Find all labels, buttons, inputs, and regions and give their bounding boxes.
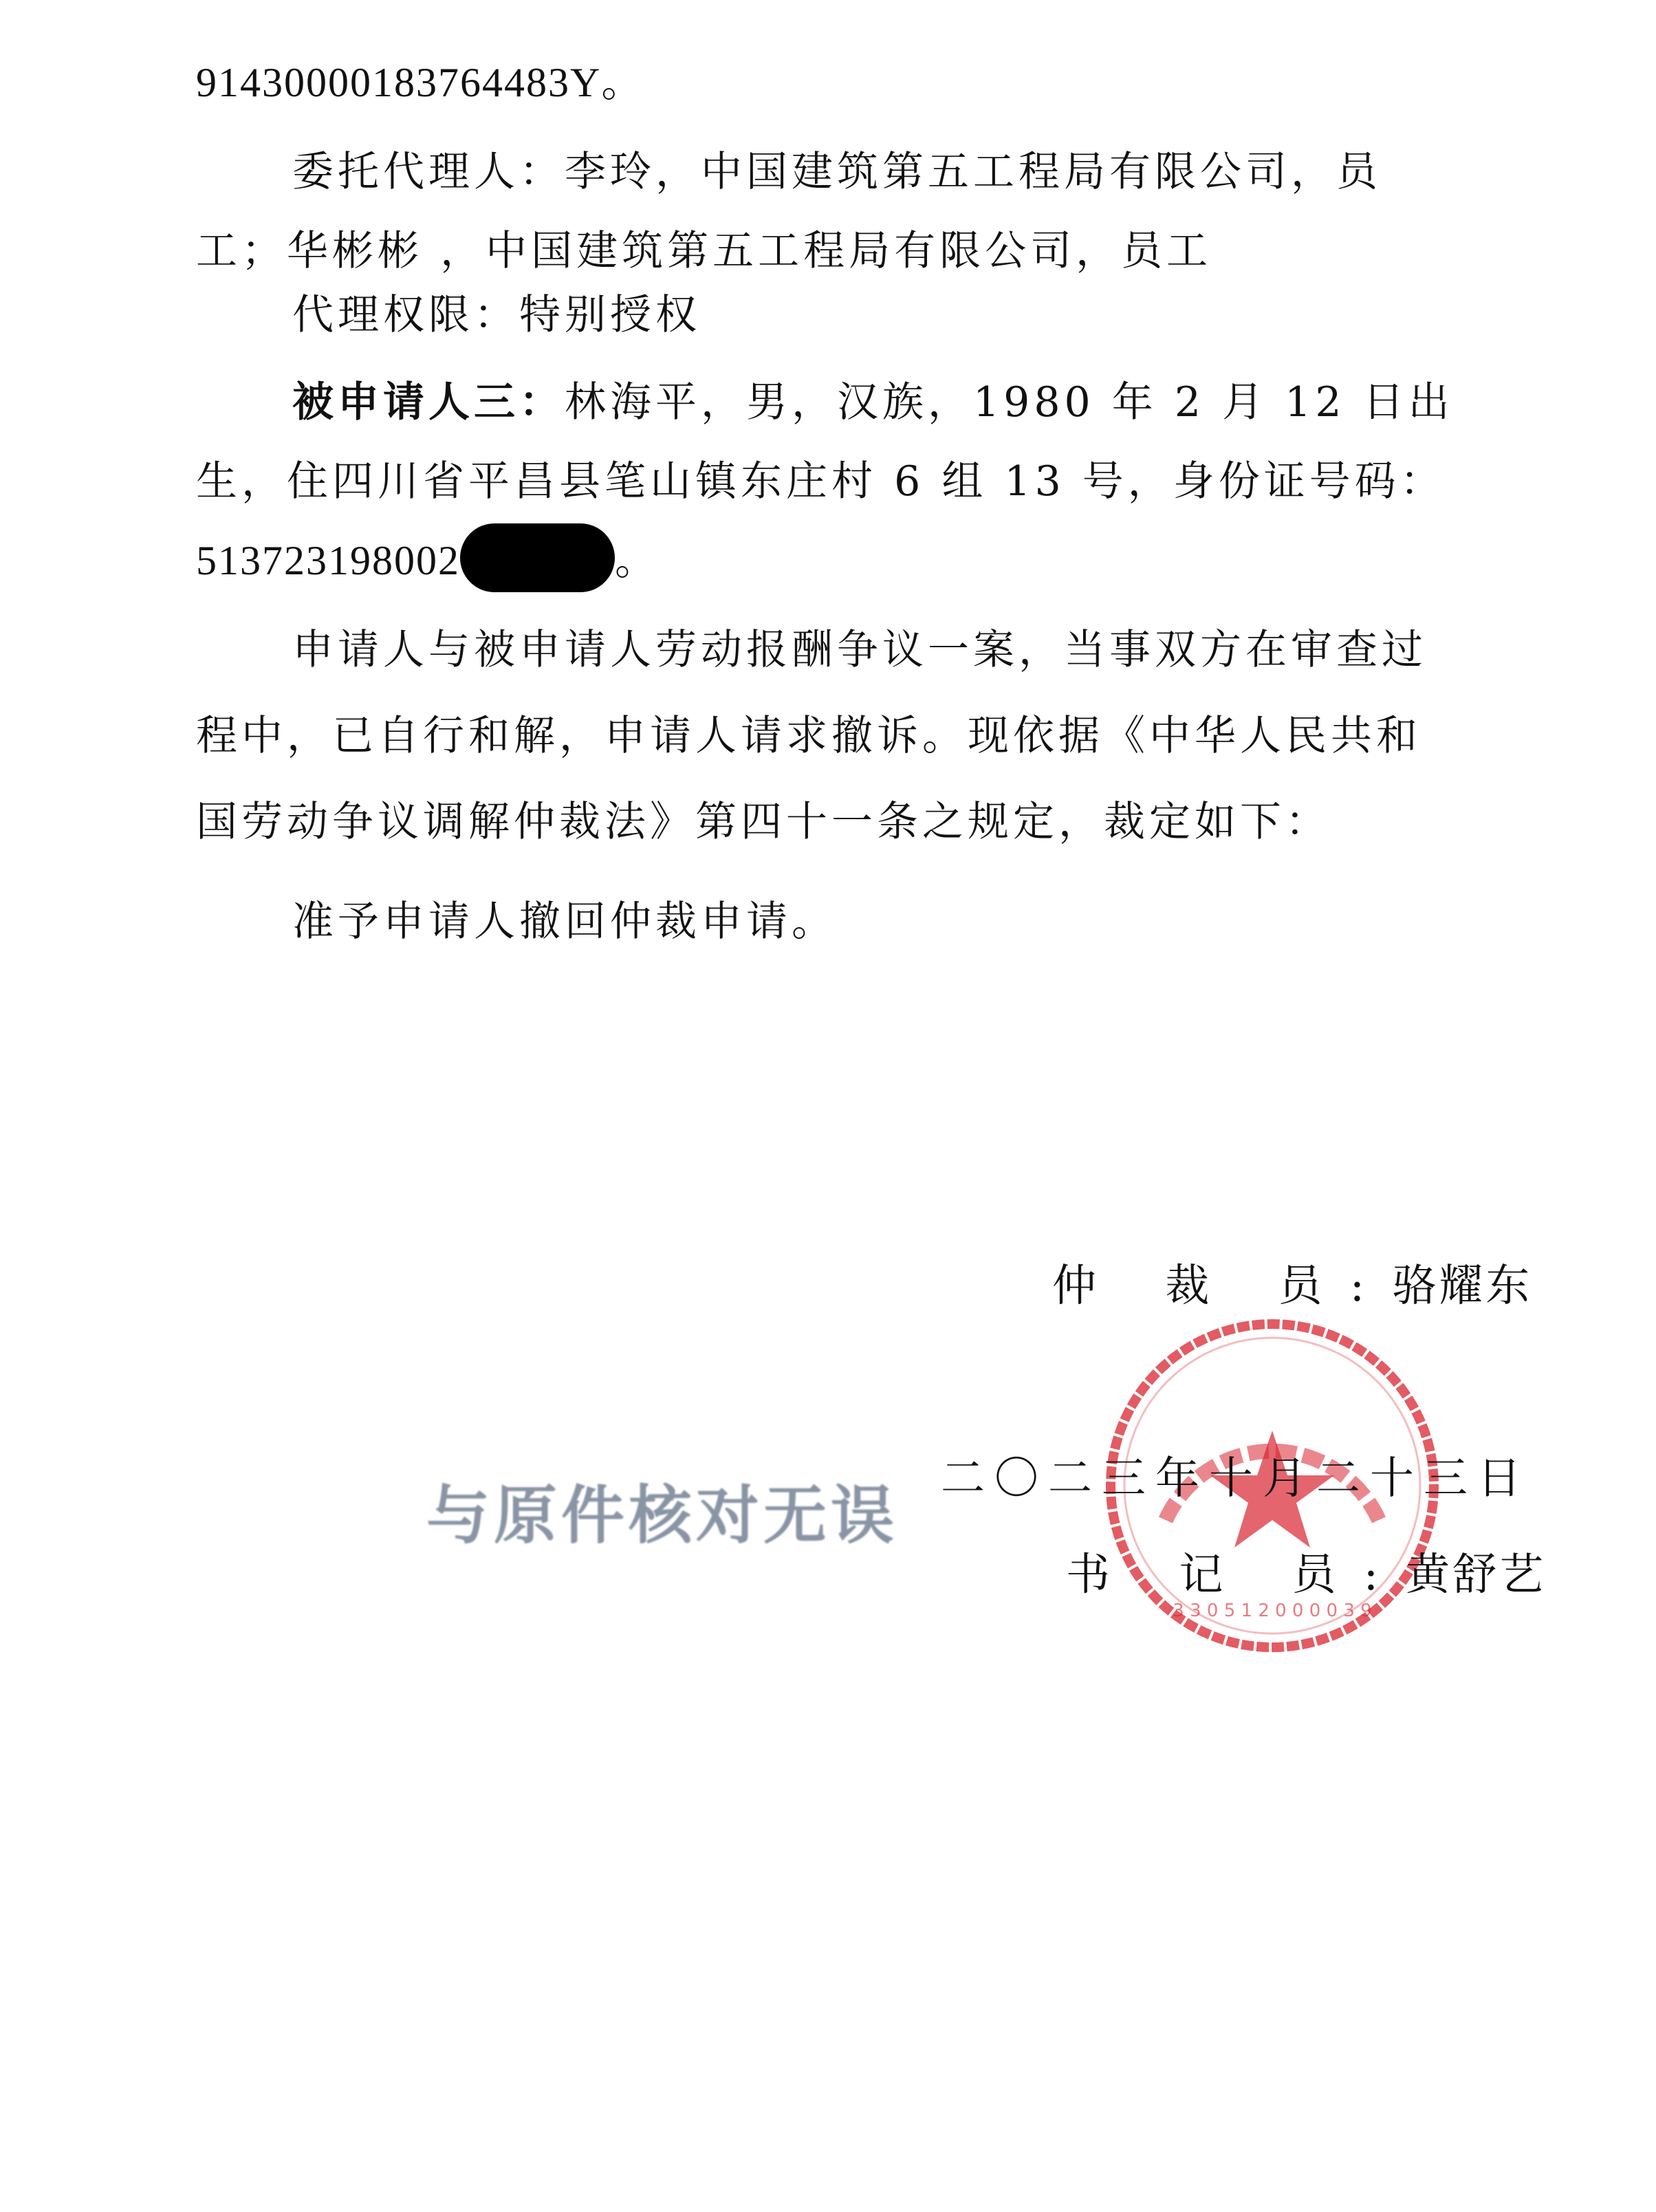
verification-stamp-text: 与原件核对无误 <box>426 1465 898 1556</box>
id-number-visible: 513723198002 <box>196 538 460 583</box>
id-number-end: 。 <box>615 538 657 583</box>
arbitrator-signature: 仲 裁 员:骆耀东 <box>1052 1259 1532 1314</box>
arbitrator-name: 骆耀东 <box>1392 1261 1532 1312</box>
arbitrator-label: 仲 裁 员: <box>1052 1261 1392 1312</box>
respondent-three-line: 被申请人三：林海平，男，汉族，1980 年 2 月 12 日出 <box>292 375 1454 430</box>
authority-line: 代理权限：特别授权 <box>292 288 701 343</box>
redaction-mark <box>460 523 615 592</box>
agent-line-2: 工；华彬彬 ，中国建筑第五工程局有限公司，员工 <box>196 224 1212 279</box>
id-number-line: 513723198002。 <box>196 533 657 592</box>
address-line: 生，住四川省平昌县笔山镇东庄村 6 组 13 号，身份证号码： <box>196 454 1446 509</box>
body-line-2: 程中，已自行和解，申请人请求撤诉。现依据《中华人民共和 <box>196 708 1421 763</box>
credit-code-line: 91430000183764483Y。 <box>196 55 644 110</box>
clerk-signature: 书 记 员:黄舒艺 <box>1066 1548 1546 1603</box>
respondent-three-label: 被申请人三： <box>292 378 565 426</box>
decision-date: 二〇二三年十月二十三日 <box>941 1451 1531 1506</box>
body-line-3: 国劳动争议调解仲裁法》第四十一条之规定，裁定如下： <box>196 794 1331 849</box>
ruling-line: 准予申请人撤回仲裁申请。 <box>292 894 837 949</box>
respondent-three-text: 林海平，男，汉族，1980 年 2 月 12 日出 <box>565 378 1454 426</box>
svg-text:3 3 0 5 1 2 0 0 0 0 3 9: 3 3 0 5 1 2 0 0 0 0 3 9 <box>1173 1601 1371 1621</box>
clerk-label: 书 记 员: <box>1066 1550 1406 1601</box>
agent-line-1: 委托代理人：李玲，中国建筑第五工程局有限公司，员 <box>292 144 1382 199</box>
clerk-name: 黄舒艺 <box>1406 1550 1546 1601</box>
body-line-1: 申请人与被申请人劳动报酬争议一案，当事双方在审查过 <box>292 622 1427 677</box>
